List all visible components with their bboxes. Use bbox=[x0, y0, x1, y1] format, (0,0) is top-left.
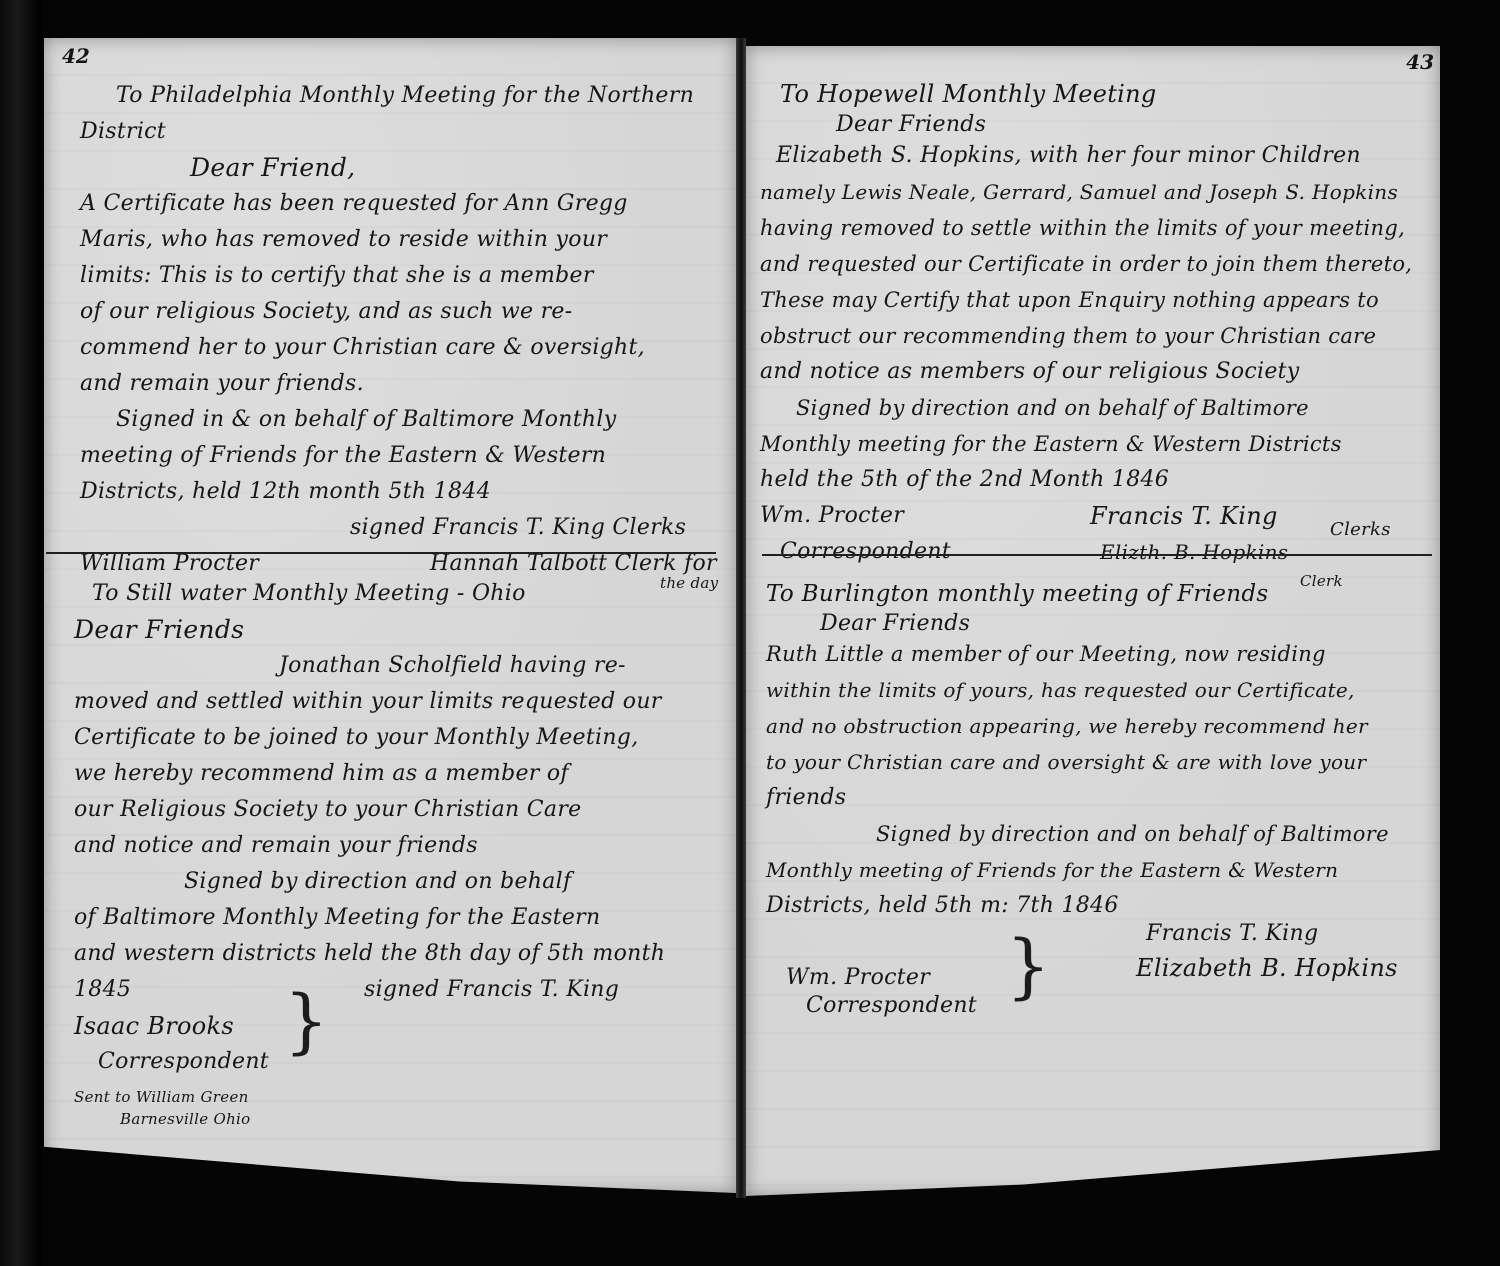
entry-divider bbox=[46, 552, 716, 554]
entry-address-cont: District bbox=[80, 114, 720, 150]
entry-body-line: we hereby recommend him as a member of bbox=[74, 756, 724, 792]
entry-signed-line: Districts, held 5th m: 7th 1846 bbox=[766, 888, 1436, 924]
entry-signed-line: and western districts held the 8th day o… bbox=[74, 936, 724, 972]
entry-body-line: of our religious Society, and as such we… bbox=[80, 294, 720, 330]
entry-body-line: commend her to your Christian care & ove… bbox=[80, 330, 720, 366]
page-number-left: 42 bbox=[62, 44, 90, 68]
entry-signed-line: of Baltimore Monthly Meeting for the Eas… bbox=[74, 900, 724, 936]
entry-divider bbox=[762, 554, 1432, 556]
clerk-signature: Francis T. King bbox=[1090, 498, 1278, 534]
entry-body-line: Certificate to be joined to your Monthly… bbox=[74, 720, 724, 756]
right-page: 43 To Hopewell Monthly Meeting Dear Frie… bbox=[746, 46, 1440, 1196]
entry-body-line: and notice and remain your friends bbox=[74, 828, 724, 864]
sent-to-note: Sent to William Green bbox=[74, 1086, 724, 1108]
left-page: 42 To Philadelphia Monthly Meeting for t… bbox=[44, 38, 736, 1193]
entry-salutation: Dear Friends bbox=[766, 612, 1436, 636]
clerk-signature: Francis T. King bbox=[1146, 916, 1318, 952]
entry-salutation: Dear Friends bbox=[760, 112, 1430, 138]
entry-body-line: friends bbox=[766, 780, 1436, 816]
entry-philadelphia: To Philadelphia Monthly Meeting for the … bbox=[80, 78, 720, 594]
brace-mark: } bbox=[1006, 931, 1051, 1001]
entry-body-line: and no obstruction appearing, we hereby … bbox=[766, 708, 1436, 744]
entry-body-line: namely Lewis Neale, Gerrard, Samuel and … bbox=[760, 174, 1430, 210]
correspondent-signature: Wm. Procter bbox=[760, 498, 904, 534]
book-edge-left bbox=[0, 0, 42, 1266]
clerk-signature: Elizth. B. Hopkins bbox=[1100, 534, 1288, 570]
entry-body-line: These may Certify that upon Enquiry noth… bbox=[760, 282, 1430, 318]
clerk-signature: Elizabeth B. Hopkins bbox=[1136, 950, 1398, 986]
signature-row: Correspondent Elizth. B. Hopkins bbox=[760, 534, 1430, 570]
brace-mark: } bbox=[284, 986, 329, 1056]
entry-signed-line: held the 5th of the 2nd Month 1846 bbox=[760, 462, 1430, 498]
entry-signed-line: Districts, held 12th month 5th 1844 bbox=[80, 474, 720, 510]
signature-row: Wm. Procter Elizabeth B. Hopkins bbox=[766, 960, 1436, 996]
entry-body-line: Ruth Little a member of our Meeting, now… bbox=[766, 636, 1436, 672]
entry-body-line: having removed to settle within the limi… bbox=[760, 210, 1430, 246]
entry-signed-line: Signed by direction and on behalf bbox=[74, 864, 724, 900]
correspondent-signature: Isaac Brooks bbox=[74, 1008, 724, 1044]
entry-body-line: and requested our Certificate in order t… bbox=[760, 246, 1430, 282]
correspondent-signature: Wm. Procter bbox=[786, 960, 930, 996]
entry-body-line: to your Christian care and oversight & a… bbox=[766, 744, 1436, 780]
entry-address: To Hopewell Monthly Meeting bbox=[760, 76, 1430, 112]
book-gutter bbox=[736, 38, 746, 1198]
correspondent-title: Correspondent bbox=[780, 534, 951, 570]
entry-salutation: Dear Friend, bbox=[80, 150, 720, 186]
entry-body-line: obstruct our recommending them to your C… bbox=[760, 318, 1430, 354]
entry-burlington: To Burlington monthly meeting of Friends… bbox=[766, 576, 1436, 1016]
entry-body-line: A Certificate has been requested for Ann… bbox=[80, 186, 720, 222]
entry-body-line: within the limits of yours, has requeste… bbox=[766, 672, 1436, 708]
entry-address: To Burlington monthly meeting of Friends bbox=[766, 576, 1436, 612]
entry-body-line: and notice as members of our religious S… bbox=[760, 354, 1430, 390]
entry-signed-line: Signed by direction and on behalf of Bal… bbox=[760, 390, 1430, 426]
entry-stillwater: To Still water Monthly Meeting - Ohio De… bbox=[74, 576, 724, 1130]
correspondent-title: Correspondent bbox=[74, 1044, 724, 1080]
entry-signed-line: Monthly meeting for the Eastern & Wester… bbox=[760, 426, 1430, 462]
entry-signed-line: Monthly meeting of Friends for the Easte… bbox=[766, 852, 1436, 888]
entry-body-line: Elizabeth S. Hopkins, with her four mino… bbox=[760, 138, 1430, 174]
sent-to-note: Barnesville Ohio bbox=[74, 1108, 724, 1130]
signature-row: 1845 signed Francis T. King bbox=[74, 972, 724, 1008]
clerk-signature: signed Francis T. King bbox=[364, 972, 619, 1008]
entry-body-line: Maris, who has removed to reside within … bbox=[80, 222, 720, 258]
entry-address: To Philadelphia Monthly Meeting for the … bbox=[80, 78, 720, 114]
signature-row: Wm. Procter Francis T. King Clerks bbox=[760, 498, 1430, 534]
entry-body-line: our Religious Society to your Christian … bbox=[74, 792, 724, 828]
entry-salutation: Dear Friends bbox=[74, 612, 724, 648]
entry-body-line: moved and settled within your limits req… bbox=[74, 684, 724, 720]
clerk-signature: signed Francis T. King Clerks bbox=[80, 510, 720, 546]
entry-year: 1845 bbox=[74, 972, 131, 1008]
correspondent-title: Correspondent bbox=[766, 996, 1436, 1016]
entry-signed-line: Signed by direction and on behalf of Bal… bbox=[766, 816, 1436, 852]
entry-hopewell: To Hopewell Monthly Meeting Dear Friends… bbox=[760, 76, 1430, 592]
entry-address: To Still water Monthly Meeting - Ohio bbox=[74, 576, 724, 612]
entry-signed-line: meeting of Friends for the Eastern & Wes… bbox=[80, 438, 720, 474]
entry-body-line: Jonathan Scholfield having re- bbox=[74, 648, 724, 684]
entry-signed-line: Signed in & on behalf of Baltimore Month… bbox=[80, 402, 720, 438]
page-number-right: 43 bbox=[1406, 50, 1434, 74]
entry-body-line: and remain your friends. bbox=[80, 366, 720, 402]
entry-body-line: limits: This is to certify that she is a… bbox=[80, 258, 720, 294]
